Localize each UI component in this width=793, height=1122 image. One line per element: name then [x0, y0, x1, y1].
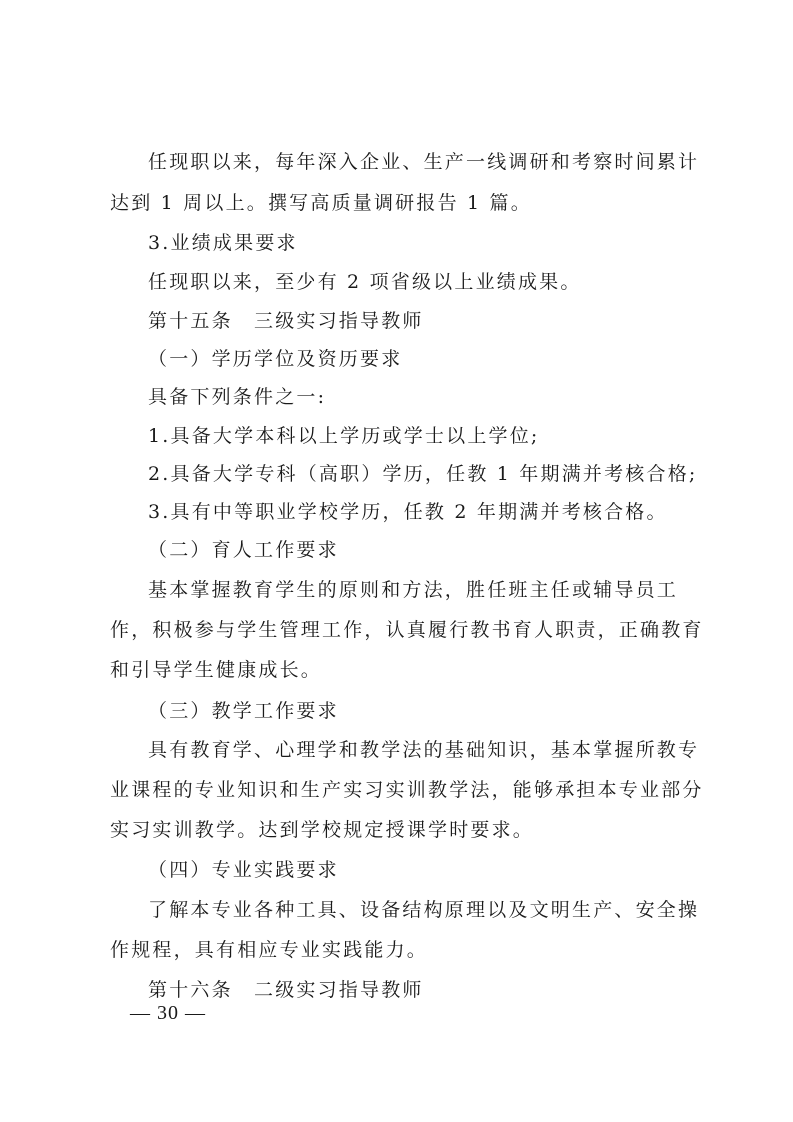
section-heading: （一）学历学位及资历要求 — [148, 347, 402, 371]
section-heading: （三）教学工作要求 — [148, 699, 339, 723]
paragraph-line: 达到 1 周以上。撰写高质量调研报告 1 篇。 — [110, 191, 532, 215]
paragraph-line: 具有教育学、心理学和教学法的基础知识，基本掌握所教专 — [148, 738, 699, 762]
paragraph-line: 和引导学生健康成长。 — [110, 658, 322, 682]
paragraph-line: 具备下列条件之一: — [148, 385, 326, 409]
paragraph-line: 作规程，具有相应专业实践能力。 — [110, 938, 428, 962]
section-heading: （二）育人工作要求 — [148, 538, 339, 562]
paragraph-line: 任现职以来，至少有 2 项省级以上业绩成果。 — [148, 270, 582, 294]
paragraph-line: 业课程的专业知识和生产实习实训教学法，能够承担本专业部分 — [110, 778, 704, 802]
section-heading: （四）专业实践要求 — [148, 858, 339, 882]
document-page: 任现职以来，每年深入企业、生产一线调研和考察时间累计 达到 1 周以上。撰写高质… — [0, 0, 793, 1122]
paragraph-line: 了解本专业各种工具、设备结构原理以及文明生产、安全操 — [148, 898, 699, 922]
page-number: — 30 — — [130, 1002, 206, 1025]
paragraph-line: 作，积极参与学生管理工作，认真履行教书育人职责，正确教育 — [110, 618, 704, 642]
list-item: 2.具备大学专科（高职）学历，任教 1 年期满并考核合格; — [148, 462, 698, 486]
paragraph-line: 基本掌握教育学生的原则和方法，胜任班主任或辅导员工 — [148, 578, 678, 602]
paragraph-line: 任现职以来，每年深入企业、生产一线调研和考察时间累计 — [148, 150, 699, 174]
article-heading: 第十六条 二级实习指导教师 — [148, 978, 424, 1002]
list-item: 3.具有中等职业学校学历，任教 2 年期满并考核合格。 — [148, 500, 668, 524]
paragraph-line: 实习实训教学。达到学校规定授课学时要求。 — [110, 818, 534, 842]
section-heading: 3.业绩成果要求 — [148, 231, 298, 255]
article-heading: 第十五条 三级实习指导教师 — [148, 309, 424, 333]
list-item: 1.具备大学本科以上学历或学士以上学位; — [148, 424, 540, 448]
